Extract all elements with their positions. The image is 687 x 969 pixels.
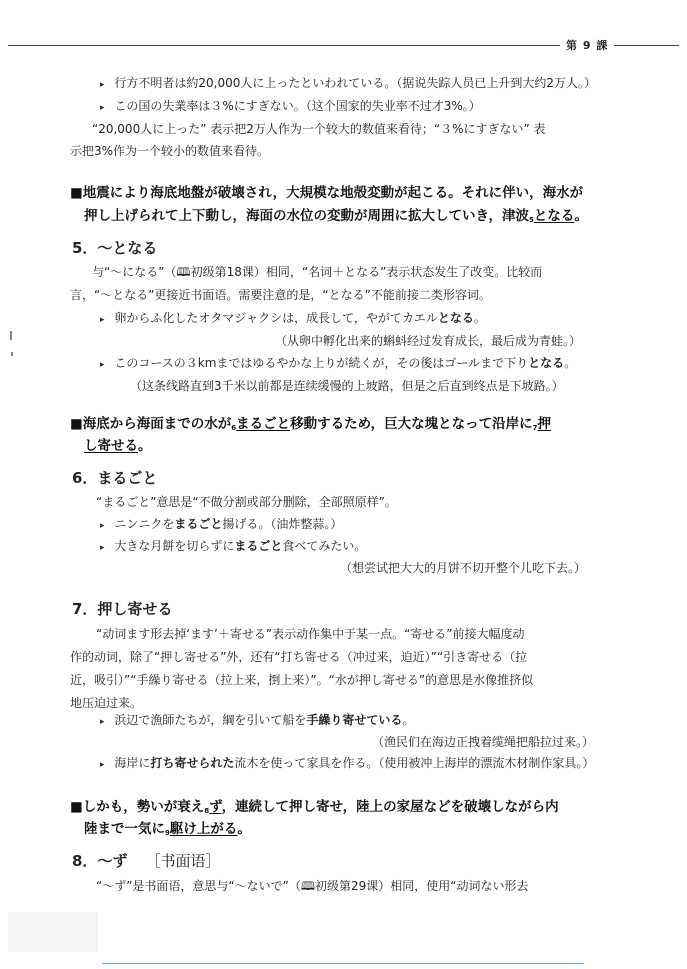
- example-end: 揚げる。（油炸整蒜。）: [222, 517, 342, 531]
- section-8-body-line-1: “～ず”是书面语，意思与“～ないで”（🕮初级第29课）相同，使用“动词ない形去: [96, 878, 529, 894]
- example-text: このコースの３kmまではゆるやかな上りが続くが，その後はゴールまで下り: [114, 356, 528, 370]
- example-keyword: となる: [438, 311, 474, 325]
- passage-2-mid: 移動するため，巨大な塊となって沿岸に: [290, 416, 532, 432]
- passage-1-end: 。: [574, 208, 588, 224]
- section-5-example-2: このコースの３kmまではゆるやかな上りが続くが，その後はゴールまで下りとなる。: [100, 355, 576, 373]
- section-6-body-line-1: “まるごと”意思是“不做分割或部分删除，全部照原样”。: [96, 494, 397, 510]
- intro-example-1-cn: （据说失踪人员已上升到大约2万人。）: [396, 76, 596, 90]
- example-text: 浜辺で漁師たちが，綱を引いて船を: [114, 713, 306, 727]
- passage-2-line-1: ■海底から海面までの水が6まるごと移動するため，巨大な塊となって沿岸に7押: [70, 414, 551, 438]
- keyword-oshiyoseru-part1: 押: [537, 416, 551, 432]
- intro-example-2-jp: この国の失業率は３%にすぎない。: [114, 99, 305, 113]
- passage-2-end: 。: [138, 438, 152, 454]
- section-5-example-2-translation: （这条线路直到3千米以前都是连续缓慢的上坡路，但是之后直到终点是下坡路。）: [130, 378, 564, 394]
- keyword-marugoto: まるごと: [236, 416, 290, 432]
- section-5-body-line-2: 言，“～となる”更接近书面语。需要注意的是，“となる”不能前接二类形容词。: [70, 287, 491, 303]
- section-6-title: 6．まるごと: [72, 470, 157, 486]
- passage-2-line-2: し寄せる。: [84, 436, 152, 456]
- example-end: 食べてみたい。: [282, 539, 366, 553]
- example-keyword: まるごと: [174, 517, 222, 531]
- example-keyword: 手繰り寄せている: [306, 713, 402, 727]
- footer-rule: [102, 963, 584, 964]
- example-text: 海岸に: [114, 756, 150, 770]
- example-text: ニンニクを: [114, 517, 174, 531]
- section-7-body-line-2: 作的动词，除了“押し寄せる”外，还有“打ち寄せる（冲过来，迫近）”“引き寄せる（…: [70, 649, 527, 665]
- intro-explanation-line-2: 示把3%作为一个较小的数值来看待。: [70, 143, 269, 159]
- section-7-example-1-translation: （渔民们在海边正拽着缆绳把船拉过来。）: [372, 734, 594, 750]
- intro-explanation-line-1: “20,000人に上った” 表示把2万人作为一个较大的数值来看待；“３%にすぎな…: [92, 121, 546, 137]
- scan-shade: [8, 912, 98, 952]
- keyword-kakeagaru: 駆け上がる: [170, 821, 238, 837]
- example-keyword: まるごと: [234, 539, 282, 553]
- section-7-title: 7．押し寄せる: [72, 601, 172, 617]
- scan-speck: [10, 331, 12, 340]
- passage-3-text: 陸まで一気に: [84, 821, 165, 837]
- section-7-example-1: 浜辺で漁師たちが，綱を引いて船を手繰り寄せている。: [100, 712, 414, 730]
- section-8-title-text: 8．～ず: [72, 852, 127, 870]
- example-end: 。: [474, 311, 486, 325]
- section-6-example-1: ニンニクをまるごと揚げる。（油炸整蒜。）: [100, 516, 342, 534]
- passage-1-text: 押し上げられて上下動し，海面の水位の変動が周囲に拡大していき，津波: [84, 208, 529, 224]
- intro-example-1-jp: 行方不明者は約20,000人に上ったといわれている。: [114, 76, 396, 90]
- keyword-to-naru: となる: [534, 208, 575, 224]
- textbook-page: 第 9 課 行方不明者は約20,000人に上ったといわれている。（据说失踪人员已…: [0, 0, 687, 969]
- intro-example-2: この国の失業率は３%にすぎない。（这个国家的失业率不过才3%。）: [100, 98, 481, 116]
- section-5-example-1-translation: （从卵中孵化出来的蝌蚪经过发育成长，最后成为青蛙。）: [275, 333, 581, 349]
- example-text: 大きな月餅を切らずに: [114, 539, 234, 553]
- passage-3-line-2: 陸まで一気に9駆け上がる。: [84, 819, 251, 843]
- example-text: 卵からふ化したオタマジャクシは，成長して，やがてカエル: [114, 311, 438, 325]
- section-6-example-2: 大きな月餅を切らずにまるごと食べてみたい。: [100, 538, 366, 556]
- example-keyword: となる: [528, 356, 564, 370]
- passage-1-line-1: ■地震により海底地盤が破壊され，大規模な地殻変動が起こる。それに伴い，海水が: [70, 183, 583, 203]
- passage-3-line-1: ■しかも，勢いが衰え8ず，連続して押し寄せ，陸上の家屋などを破壊しながら内: [70, 797, 559, 821]
- section-7-body-line-4: 地压迫过来。: [70, 695, 142, 711]
- keyword-zu: ず: [209, 799, 221, 815]
- passage-3-end: 。: [237, 821, 251, 837]
- section-5-example-1: 卵からふ化したオタマジャクシは，成長して，やがてカエルとなる。: [100, 310, 486, 328]
- passage-3-line-1-end: ，連続して押し寄せ，陸上の家屋などを破壊しながら内: [222, 799, 559, 815]
- section-7-body-line-3: 近，吸引）”“手繰り寄せる（拉上来，捯上来）”。“水が押し寄せる”的意思是水像推…: [70, 672, 533, 688]
- passage-1-line-2: 押し上げられて上下動し，海面の水位の変動が周囲に拡大していき，津波5となる。: [84, 206, 588, 230]
- section-7-example-2: 海岸に打ち寄せられた流木を使って家具を作る。（使用被冲上海岸的漂流木材制作家具。…: [100, 755, 594, 773]
- passage-2-text: ■海底から海面までの水が: [70, 416, 231, 432]
- section-5-body-line-1: 与“～になる”（🕮初级第18课）相同，“名词＋となる”表示状态发生了改变。比较而: [92, 264, 542, 280]
- passage-3-text: ■しかも，勢いが衰え: [70, 799, 204, 815]
- keyword-oshiyoseru-part2: し寄せる: [84, 438, 138, 454]
- section-8-tag: ［书面语］: [145, 852, 220, 870]
- section-7-body-line-1: “动词ます形去掉‘ます’＋寄せる”表示动作集中于某一点。“寄せる”前接大幅度动: [96, 626, 525, 642]
- scan-speck: [11, 352, 13, 356]
- intro-example-1: 行方不明者は約20,000人に上ったといわれている。（据说失踪人员已上升到大约2…: [100, 75, 596, 93]
- section-8-title: 8．～ず［书面语］: [72, 853, 220, 869]
- example-end: 流木を使って家具を作る。（使用被冲上海岸的漂流木材制作家具。）: [234, 756, 594, 770]
- example-end: 。: [564, 356, 576, 370]
- lesson-label: 第 9 課: [560, 37, 614, 53]
- example-keyword: 打ち寄せられた: [150, 756, 234, 770]
- intro-example-2-cn: （这个国家的失业率不过才3%。）: [306, 99, 481, 113]
- example-end: 。: [402, 713, 414, 727]
- section-5-title: 5．～となる: [72, 240, 157, 256]
- section-6-example-2-translation: （想尝试把大大的月饼不切开整个儿吃下去。）: [340, 560, 586, 576]
